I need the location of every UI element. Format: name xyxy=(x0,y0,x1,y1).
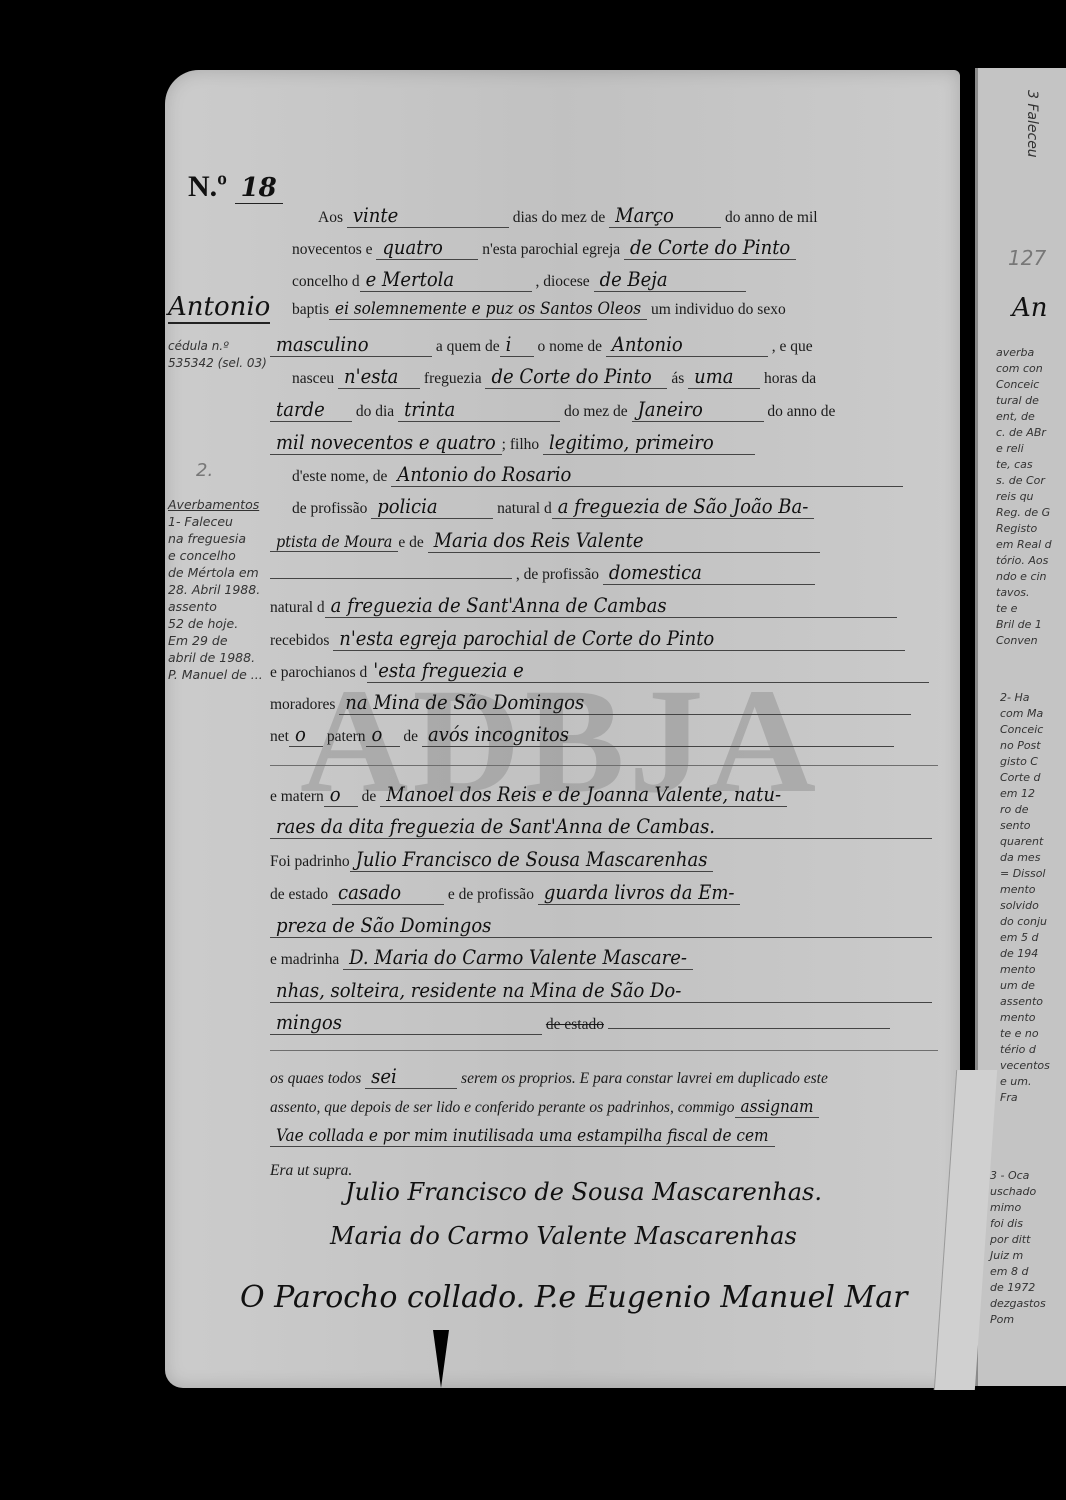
printed-text: um individuo do sexo xyxy=(651,301,786,319)
note-line: 2- Ha xyxy=(1000,690,1050,706)
handwritten-godmother-name: D. Maria do Carmo Valente Mascare- xyxy=(343,945,693,970)
printed-text: patern xyxy=(327,728,366,746)
handwritten-godfather-status: casado xyxy=(332,880,444,905)
note-line: com con xyxy=(996,361,1052,377)
note-line: 3 - Oca xyxy=(990,1168,1046,1184)
note-line: Pom xyxy=(990,1312,1046,1328)
printed-text: d'este nome, de xyxy=(292,468,387,486)
averbamento-line: de Mértola em xyxy=(168,564,263,581)
note-line: mento xyxy=(1000,962,1050,978)
printed-text: do anno de mil xyxy=(725,209,818,227)
handwritten-hour: uma xyxy=(688,364,760,389)
note-line: s. de Cor xyxy=(996,473,1052,489)
handwritten-text: sei xyxy=(365,1064,457,1089)
handwritten-text: nhas, solteira, residente na Mina de São… xyxy=(270,978,932,1003)
adjacent-name-fragment: An xyxy=(1012,300,1048,316)
handwritten-residence: na Mina de São Domingos xyxy=(339,690,911,715)
printed-text: ; filho xyxy=(502,436,539,454)
note-line: por ditt xyxy=(990,1232,1046,1248)
handwritten-church: de Corte do Pinto xyxy=(624,235,796,260)
cedula-number: 535342 (sel. 03) xyxy=(168,355,267,372)
line-25: mingos de estado xyxy=(270,1010,938,1036)
note-line: em 8 d xyxy=(990,1264,1046,1280)
note-line: e um. xyxy=(1000,1074,1050,1090)
margin-number-mark: 2. xyxy=(196,462,213,479)
printed-text: a quem de xyxy=(436,338,500,356)
note-line: em Real d xyxy=(996,537,1052,553)
record-number-value: 18 xyxy=(235,173,283,204)
handwritten-year: quatro xyxy=(376,235,478,260)
handwritten-time-of-day: tarde xyxy=(270,397,352,422)
printed-text: assento, que depois de ser lido e confer… xyxy=(270,1099,735,1117)
line-23: e madrinha D. Maria do Carmo Valente Mas… xyxy=(270,945,938,971)
handwritten-mother-name: Maria dos Reis Valente xyxy=(428,528,820,553)
note-line: solvido xyxy=(1000,898,1050,914)
printed-text: n'esta parochial egreja xyxy=(482,241,620,259)
note-line: c. de ABr xyxy=(996,425,1052,441)
handwritten-birth-day: trinta xyxy=(398,397,560,422)
note-line: Corte d xyxy=(1000,770,1050,786)
handwritten-text: ptista de Moura xyxy=(270,532,398,552)
note-line: mento xyxy=(1000,1010,1050,1026)
handwritten-father-profession: policia xyxy=(371,494,493,519)
handwritten-text: mingos xyxy=(270,1010,542,1035)
printed-text: e matern xyxy=(270,788,324,806)
line-9: d'este nome, de Antonio do Rosario xyxy=(292,462,960,488)
printed-text: moradores xyxy=(270,696,335,714)
handwritten-text: n'esta xyxy=(338,364,420,389)
handwritten-paternal-grandparents: avós incognitos xyxy=(422,722,894,747)
averbamento-signature: P. Manuel de ... xyxy=(168,666,263,683)
line-2: novecentos e quatro n'esta parochial egr… xyxy=(292,235,960,261)
blank-rule xyxy=(270,1050,938,1051)
printed-text: concelho d xyxy=(292,273,360,291)
line-15: e parochianos d'esta freguezia e xyxy=(270,658,938,684)
line-16: moradores na Mina de São Domingos xyxy=(270,690,938,716)
note-line: tural de xyxy=(996,393,1052,409)
printed-text: e de profissão xyxy=(448,886,534,904)
averbamento-line: assento xyxy=(168,598,263,615)
handwritten-birthplace: de Corte do Pinto xyxy=(485,364,667,389)
handwritten-stamp-note: Vae collada e por mim inutilisada uma es… xyxy=(270,1126,775,1147)
note-line: Conceic xyxy=(996,377,1052,393)
note-line: Conven xyxy=(996,633,1052,649)
printed-text: de xyxy=(403,728,418,746)
margin-averbamentos: Averbamentos 1- Faleceu na freguesia e c… xyxy=(168,496,263,683)
note-line: assento xyxy=(1000,994,1050,1010)
note-line: Bril de 1 xyxy=(996,617,1052,633)
note-line: Registo xyxy=(996,521,1052,537)
note-line: ro de xyxy=(1000,802,1050,818)
handwritten-text: o xyxy=(324,782,358,807)
note-line: ent, de xyxy=(996,409,1052,425)
printed-text: do mez de xyxy=(564,403,628,421)
note-line: averba xyxy=(996,345,1052,361)
printed-text: Era ut supra. xyxy=(270,1162,352,1180)
handwritten-text: o xyxy=(366,722,400,747)
adjacent-record-number: 127 xyxy=(1008,250,1046,266)
note-line: de 194 xyxy=(1000,946,1050,962)
line-12: , de profissão domestica xyxy=(270,560,938,586)
note-line: Conceic xyxy=(1000,722,1050,738)
line-24: nhas, solteira, residente na Mina de São… xyxy=(270,978,938,1004)
godmother-signature: Maria do Carmo Valente Mascarenhas xyxy=(330,1222,797,1250)
note-line: um de xyxy=(1000,978,1050,994)
handwritten-mother-origin: a freguezia de Sant'Anna de Cambas xyxy=(325,593,897,618)
handwritten-mother-profession: domestica xyxy=(603,560,815,585)
note-line: dezgastos xyxy=(990,1296,1046,1312)
note-line: te e xyxy=(996,601,1052,617)
line-18: e materno de Manoel dos Reis e de Joanna… xyxy=(270,782,938,808)
handwritten-diocese: de Beja xyxy=(594,267,746,292)
note-line: uschado xyxy=(990,1184,1046,1200)
note-line: = Dissol xyxy=(1000,866,1050,882)
note-line: tério d xyxy=(1000,1042,1050,1058)
averbamento-line: abril de 1988. xyxy=(168,649,263,666)
handwritten-parents-married-at: n'esta egreja parochial de Corte do Pint… xyxy=(333,626,905,651)
printed-text: natural d xyxy=(270,599,325,617)
line-7: tarde do dia trinta do mez de Janeiro do… xyxy=(270,397,938,423)
line-21: de estado casado e de profissão guarda l… xyxy=(270,880,938,906)
handwritten-text: i xyxy=(500,332,534,357)
printed-text: nasceu xyxy=(292,370,334,388)
struck-printed-text: de estado xyxy=(546,1016,604,1034)
line-4: baptisei solemnemente e puz os Santos Ol… xyxy=(292,299,960,325)
handwritten-godfather-profession: guarda livros da Em- xyxy=(538,880,741,905)
adjacent-notes-1: averba com con Conceic tural de ent, de … xyxy=(996,345,1052,649)
note-line: te e no xyxy=(1000,1026,1050,1042)
averbamentos-title: Averbamentos xyxy=(168,496,263,513)
handwritten-father-name: Antonio do Rosario xyxy=(391,462,903,487)
printed-text: e de xyxy=(398,534,423,552)
printed-text: horas da xyxy=(764,370,816,388)
line-6: nasceu n'esta freguezia de Corte do Pint… xyxy=(292,364,960,390)
note-line: no Post xyxy=(1000,738,1050,754)
printed-text: net xyxy=(270,728,289,746)
handwritten-legitimacy: legitimo, primeiro xyxy=(543,430,755,455)
line-5: masculino a quem dei o nome de Antonio ,… xyxy=(270,332,938,358)
averbamento-line: 1- Faleceu xyxy=(168,513,263,530)
note-line: te, cas xyxy=(996,457,1052,473)
handwritten-concelho: e Mertola xyxy=(360,267,532,292)
note-line: e reli xyxy=(996,441,1052,457)
printed-text: e madrinha xyxy=(270,951,339,969)
blank-rule xyxy=(270,765,938,766)
note-line: Fra xyxy=(1000,1090,1050,1106)
printed-text: Aos xyxy=(318,209,343,227)
record-number: N.º 18 xyxy=(188,170,283,204)
line-27: assento, que depois de ser lido e confer… xyxy=(270,1097,938,1123)
line-26: os quaes todos sei serem os proprios. E … xyxy=(270,1064,938,1090)
printed-text: os quaes todos xyxy=(270,1070,361,1088)
printed-text: de xyxy=(362,788,377,806)
handwritten-birth-month: Janeiro xyxy=(632,397,764,422)
printed-text: do anno de xyxy=(767,403,835,421)
handwritten-text: preza de São Domingos xyxy=(270,913,932,938)
note-line: mento xyxy=(1000,882,1050,898)
handwritten-sex: masculino xyxy=(270,332,432,357)
note-line: gisto C xyxy=(1000,754,1050,770)
printed-text: baptis xyxy=(292,301,329,319)
blank-field xyxy=(608,1028,890,1029)
handwritten-text: raes da dita freguezia de Sant'Anna de C… xyxy=(270,814,932,839)
line-13: natural da freguezia de Sant'Anna de Cam… xyxy=(270,593,938,619)
adjacent-top-note: 3 Faleceu xyxy=(1024,90,1040,158)
printed-text: de profissão xyxy=(292,500,367,518)
printed-text: dias do mez de xyxy=(513,209,606,227)
priest-signature: O Parocho collado. P.e Eugenio Manuel Ma… xyxy=(240,1280,907,1315)
adjacent-notes-3: 3 - Oca uschado mimo foi dis por ditt Ju… xyxy=(990,1168,1046,1328)
printed-text: de estado xyxy=(270,886,328,904)
cedula-label: cédula n.º xyxy=(168,338,267,355)
handwritten-birth-year: mil novecentos e quatro xyxy=(270,430,502,455)
handwritten-baptism-manner: ei solemnemente e puz os Santos Oleos xyxy=(329,299,647,320)
godfather-signature: Julio Francisco de Sousa Mascarenhas. xyxy=(345,1178,822,1206)
averbamento-line: e concelho xyxy=(168,547,263,564)
note-line: com Ma xyxy=(1000,706,1050,722)
note-line: sento xyxy=(1000,818,1050,834)
handwritten-given-name: Antonio xyxy=(606,332,768,357)
note-line: de 1972 xyxy=(990,1280,1046,1296)
line-28: Vae collada e por mim inutilisada uma es… xyxy=(270,1126,938,1152)
line-20: Foi padrinhoJulio Francisco de Sousa Mas… xyxy=(270,847,938,873)
note-line: em 12 xyxy=(1000,786,1050,802)
note-line: do conju xyxy=(1000,914,1050,930)
handwritten-text: o xyxy=(289,722,323,747)
averbamento-line: na freguesia xyxy=(168,530,263,547)
averbamento-line: Em 29 de xyxy=(168,632,263,649)
printed-text: o nome de xyxy=(537,338,602,356)
printed-text: recebidos xyxy=(270,632,329,650)
printed-text: , e que xyxy=(772,338,813,356)
printed-text: Foi padrinho xyxy=(270,853,350,871)
handwritten-text: 'esta freguezia e xyxy=(367,658,929,683)
note-line: tório. Aos xyxy=(996,553,1052,569)
printed-text: natural d xyxy=(497,500,552,518)
handwritten-day: vinte xyxy=(347,203,509,228)
note-line: ndo e cin xyxy=(996,569,1052,585)
handwritten-month: Março xyxy=(609,203,721,228)
line-11: ptista de Mourae de Maria dos Reis Valen… xyxy=(270,528,938,554)
line-19: raes da dita freguezia de Sant'Anna de C… xyxy=(270,814,938,840)
printed-text: , diocese xyxy=(535,273,589,291)
line-22: preza de São Domingos xyxy=(270,913,938,939)
handwritten-father-origin: a freguezia de São João Ba- xyxy=(552,494,815,519)
note-line: reis qu xyxy=(996,489,1052,505)
note-line: em 5 d xyxy=(1000,930,1050,946)
line-14: recebidos n'esta egreja parochial de Cor… xyxy=(270,626,938,652)
line-3: concelho de Mertola , diocese de Beja xyxy=(292,267,960,293)
printed-text: ás xyxy=(671,370,684,388)
note-line: vecentos xyxy=(1000,1058,1050,1074)
printed-text: do dia xyxy=(356,403,394,421)
note-line: Juiz m xyxy=(990,1248,1046,1264)
averbamento-line: 52 de hoje. xyxy=(168,615,263,632)
note-line: quarent xyxy=(1000,834,1050,850)
note-line: Reg. de G xyxy=(996,505,1052,521)
note-line: foi dis xyxy=(990,1216,1046,1232)
blank-field xyxy=(270,578,512,579)
printed-text: novecentos e xyxy=(292,241,372,259)
line-17: neto paterno de avós incognitos xyxy=(270,722,938,748)
adjacent-notes-2: 2- Ha com Ma Conceic no Post gisto C Cor… xyxy=(1000,690,1050,1106)
page-tear xyxy=(433,1330,449,1388)
note-line: tavos. xyxy=(996,585,1052,601)
printed-text: freguezia xyxy=(424,370,482,388)
handwritten-text: assignam xyxy=(735,1097,820,1118)
line-8: mil novecentos e quatro; filho legitimo,… xyxy=(270,430,938,456)
handwritten-godfather-name: Julio Francisco de Sousa Mascarenhas xyxy=(350,847,714,872)
note-line: da mes xyxy=(1000,850,1050,866)
printed-text: , de profissão xyxy=(516,566,599,584)
record-number-label: N.º xyxy=(188,170,227,203)
margin-child-name: Antonio xyxy=(168,292,270,324)
handwritten-maternal-grandparents: Manoel dos Reis e de Joanna Valente, nat… xyxy=(380,782,787,807)
note-line: mimo xyxy=(990,1200,1046,1216)
margin-cedula-note: cédula n.º 535342 (sel. 03) xyxy=(168,338,267,372)
printed-text: serem os proprios. E para constar lavrei… xyxy=(461,1070,828,1088)
averbamento-line: 28. Abril 1988. xyxy=(168,581,263,598)
line-10: de profissão policia natural da freguezi… xyxy=(292,494,960,520)
printed-text: e parochianos d xyxy=(270,664,367,682)
line-1: Aos vinte dias do mez de Março do anno d… xyxy=(318,203,986,229)
